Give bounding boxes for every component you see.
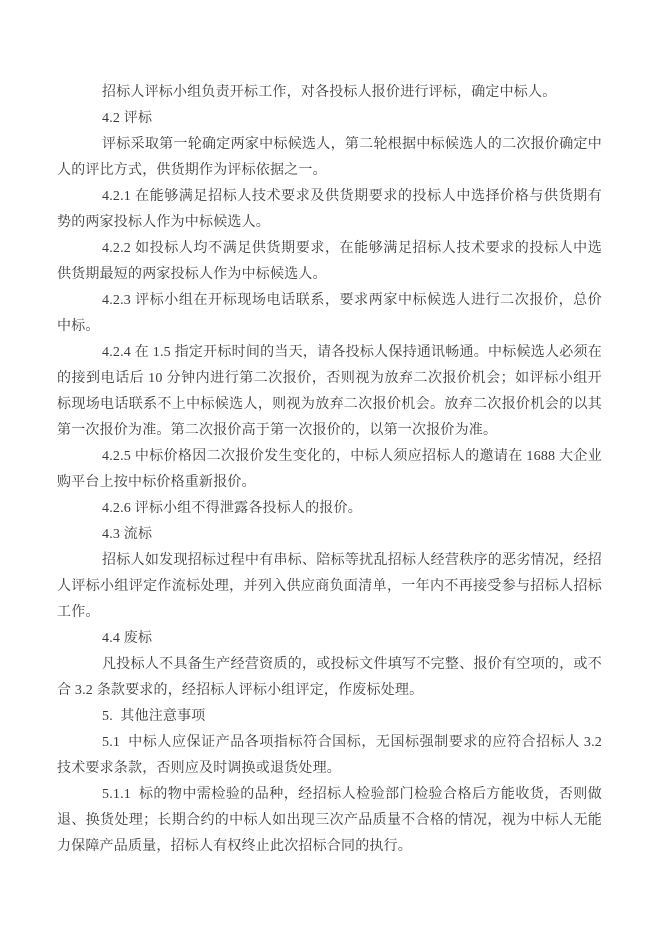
paragraph-line: 5.1 中标人应保证产品各项指标符合国标，无国标强制要求的应符合招标人 3.2: [57, 730, 602, 756]
paragraph-line: 4.2.2 如投标人均不满足供货期要求，在能够满足招标人技术要求的投标人中选择: [57, 236, 602, 262]
paragraph-line: 4.2.6 评标小组不得泄露各投标人的报价。: [57, 496, 602, 522]
paragraph-line: 人的评比方式，供货期作为评标依据之一。: [57, 158, 602, 184]
paragraph-line: 人评标小组评定作流标处理，并列入供应商负面清单，一年内不再接受参与招标人招标: [57, 574, 602, 600]
document-page: 招标人评标小组负责开标工作，对各投标人报价进行评标，确定中标人。4.2 评标评标…: [0, 0, 662, 936]
paragraph-line: 标现场电话联系不上中标候选人，则视为放弃二次报价机会。放弃二次报价机会的以其: [57, 392, 602, 418]
paragraph-line: 招标人评标小组负责开标工作，对各投标人报价进行评标，确定中标人。: [57, 80, 602, 106]
paragraph-line: 技术要求条款，否则应及时调换或退货处理。: [57, 756, 602, 782]
paragraph-line: 势的两家投标人作为中标候选人。: [57, 210, 602, 236]
paragraph-line: 4.2.4 在 1.5 指定开标时间的当天，请各投标人保持通讯畅通。中标候选人必…: [57, 340, 602, 366]
paragraph-line: 4.2.5 中标价格因二次报价发生变化的，中标人须应招标人的邀请在 1688 大…: [57, 444, 602, 470]
paragraph-line: 中标。: [57, 314, 602, 340]
paragraph-line: 凡投标人不具备生产经营资质的，或投标文件填写不完整、报价有空项的，或不符: [57, 652, 602, 678]
document-content: 招标人评标小组负责开标工作，对各投标人报价进行评标，确定中标人。4.2 评标评标…: [57, 80, 602, 860]
paragraph-line: 合 3.2 条款要求的，经招标人评标小组评定，作废标处理。: [57, 678, 602, 704]
paragraph-line: 力保障产品质量，招标人有权终止此次招标合同的执行。: [57, 834, 602, 860]
paragraph-line: 工作。: [57, 600, 602, 626]
paragraph-line: 的接到电话后 10 分钟内进行第二次报价，否则视为放弃二次报价机会；如评标小组开: [57, 366, 602, 392]
section-heading: 5. 其他注意事项: [57, 704, 602, 730]
paragraph-line: 4.2.3 评标小组在开标现场电话联系，要求两家中标候选人进行二次报价，总价低: [57, 288, 602, 314]
paragraph-line: 第一次报价为准。第二次报价高于第一次报价的，以第一次报价为准。: [57, 418, 602, 444]
section-heading: 4.4 废标: [57, 626, 602, 652]
section-heading: 4.3 流标: [57, 522, 602, 548]
paragraph-line: 退、换货处理；长期合约的中标人如出现三次产品质量不合格的情况，视为中标人无能: [57, 808, 602, 834]
paragraph-line: 购平台上按中标价格重新报价。: [57, 470, 602, 496]
section-heading: 4.2 评标: [57, 106, 602, 132]
paragraph-line: 4.2.1 在能够满足招标人技术要求及供货期要求的投标人中选择价格与供货期有优: [57, 184, 602, 210]
paragraph-line: 评标采取第一轮确定两家中标候选人，第二轮根据中标候选人的二次报价确定中标: [57, 132, 602, 158]
paragraph-line: 5.1.1 标的物中需检验的品种，经招标人检验部门检验合格后方能收货，否则做: [57, 782, 602, 808]
paragraph-line: 供货期最短的两家投标人作为中标候选人。: [57, 262, 602, 288]
paragraph-line: 招标人如发现招标过程中有串标、陪标等扰乱招标人经营秩序的恶劣情况，经招标: [57, 548, 602, 574]
